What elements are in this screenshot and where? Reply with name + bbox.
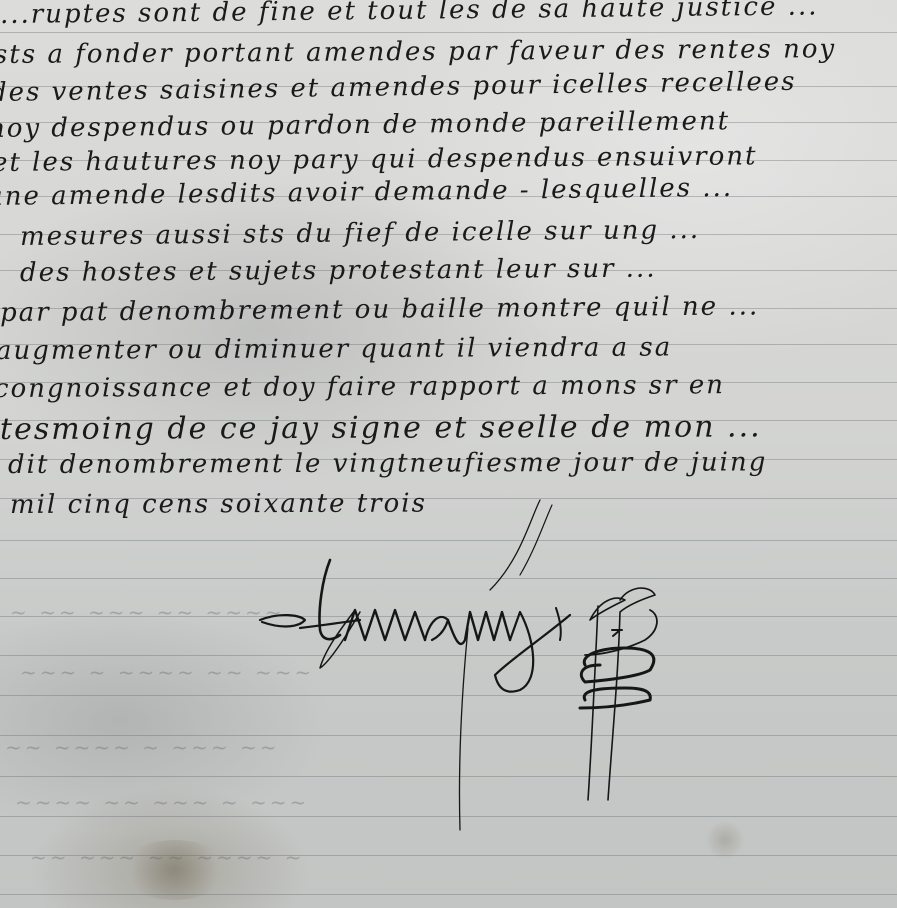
parchment-page: ~ ~~ ~~~ ~~ ~~~~ ~~~ ~ ~~~~ ~~ ~~~ ~~ ~~… [0,0,897,908]
signature-henry [0,0,897,908]
